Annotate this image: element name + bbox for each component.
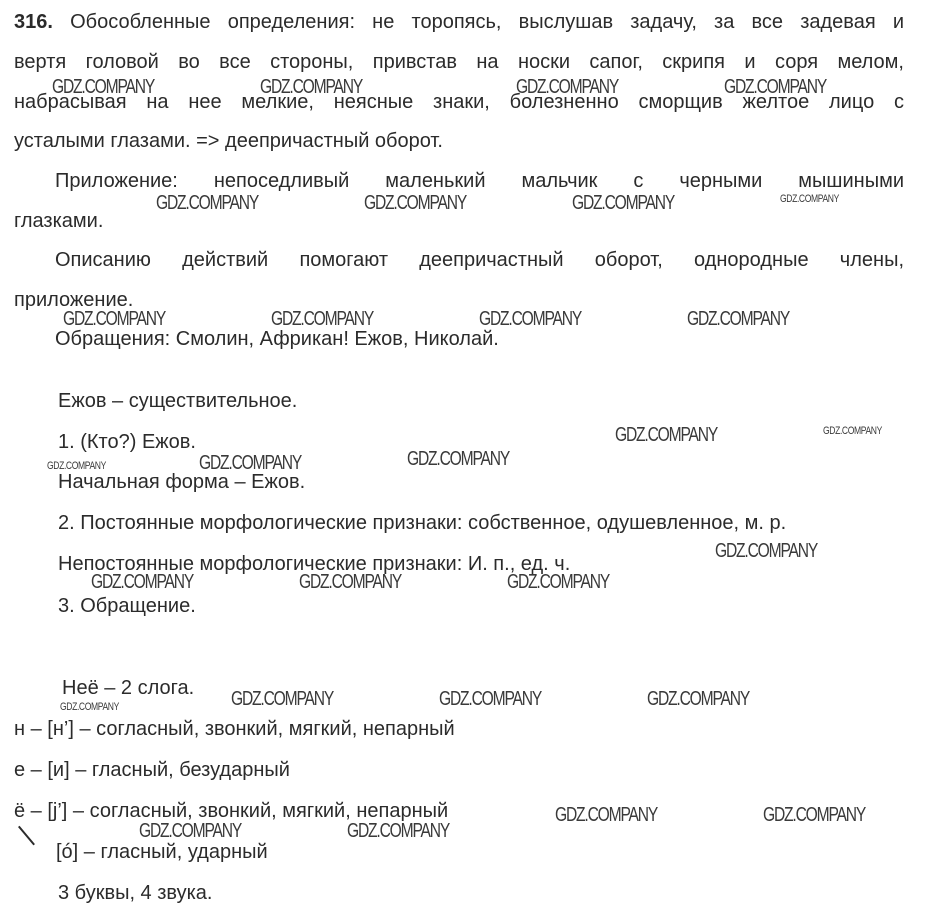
morph-step2: 2. Постоянные морфологические признаки: …	[58, 511, 786, 535]
watermark: GDZ.COMPANY	[347, 820, 449, 842]
watermark: GDZ.COMPANY	[139, 820, 241, 842]
phonetic-summary: 3 буквы, 4 звука.	[58, 881, 212, 905]
watermark: GDZ.COMPANY	[260, 76, 362, 98]
para3-line1: Описанию действий помогают деепричастный…	[55, 248, 904, 272]
watermark: GDZ.COMPANY	[156, 192, 258, 214]
watermark: GDZ.COMPANY	[572, 192, 674, 214]
para1-line1: 316. Обособленные определения: не торопя…	[14, 10, 904, 34]
watermark: GDZ.COMPANY	[231, 688, 333, 710]
watermark: GDZ.COMPANY	[91, 571, 193, 593]
watermark: GDZ.COMPANY	[615, 424, 717, 446]
watermark: GDZ.COMPANY	[364, 192, 466, 214]
para2-line1: Приложение: непоседливый маленький мальч…	[55, 169, 904, 193]
para1-line4: усталыми глазами. => деепричастный оборо…	[14, 129, 443, 153]
morph-step1: 1. (Кто?) Ежов.	[58, 430, 196, 454]
watermark: GDZ.COMPANY	[516, 76, 618, 98]
watermark: GDZ.COMPANY	[507, 571, 609, 593]
branch-line-icon	[18, 826, 35, 846]
watermark: GDZ.COMPANY	[479, 308, 581, 330]
watermark: GDZ.COMPANY	[439, 688, 541, 710]
watermark: GDZ.COMPANY	[724, 76, 826, 98]
watermark: GDZ.COMPANY	[780, 193, 839, 205]
watermark: GDZ.COMPANY	[271, 308, 373, 330]
watermark: GDZ.COMPANY	[763, 804, 865, 826]
phonetic-row-n: н – [н’] – согласный, звонкий, мягкий, н…	[14, 717, 455, 741]
para1-text-1: Обособленные определения: не торопясь, в…	[70, 11, 904, 33]
phonetic-row-o: [ó] – гласный, ударный	[56, 840, 268, 864]
para1-line2: вертя головой во все стороны, привстав н…	[14, 50, 904, 74]
exercise-number: 316.	[14, 11, 53, 33]
phonetic-row-e: е – [и] – гласный, безударный	[14, 758, 290, 782]
watermark: GDZ.COMPANY	[407, 448, 509, 470]
morph-step3: 3. Обращение.	[58, 594, 196, 618]
watermark: GDZ.COMPANY	[687, 308, 789, 330]
watermark: GDZ.COMPANY	[52, 76, 154, 98]
watermark: GDZ.COMPANY	[299, 571, 401, 593]
watermark: GDZ.COMPANY	[647, 688, 749, 710]
watermark: GDZ.COMPANY	[63, 308, 165, 330]
watermark: GDZ.COMPANY	[60, 701, 119, 713]
morph-title: Ежов – существительное.	[58, 389, 297, 413]
watermark: GDZ.COMPANY	[555, 804, 657, 826]
phonetic-title: Неё – 2 слога.	[62, 676, 194, 700]
address-line: Обращения: Смолин, Африкан! Ежов, Никола…	[55, 327, 499, 351]
watermark: GDZ.COMPANY	[199, 452, 301, 474]
watermark: GDZ.COMPANY	[715, 540, 817, 562]
para2-line2: глазками.	[14, 209, 103, 233]
watermark: GDZ.COMPANY	[47, 460, 106, 472]
watermark: GDZ.COMPANY	[823, 425, 882, 437]
